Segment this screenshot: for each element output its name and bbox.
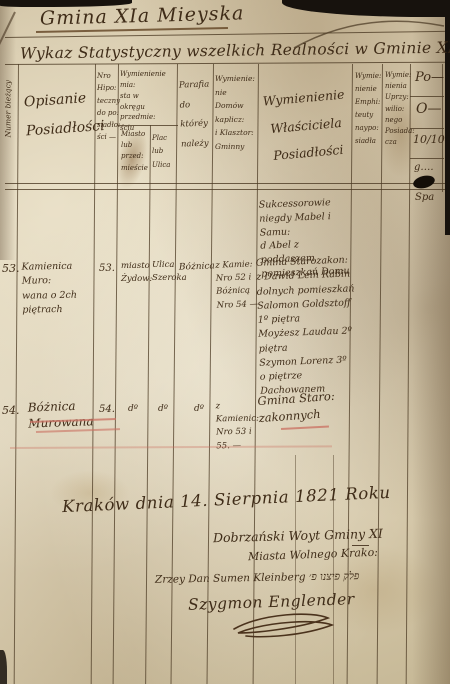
row-number: 54. <box>2 404 20 418</box>
edge-cell-rule <box>410 128 444 129</box>
header-edge-fragment: Spa <box>415 192 434 205</box>
header-number-col: Numer bieżący <box>3 74 12 144</box>
row-street: dº <box>158 404 168 415</box>
header-bottom-rule-2 <box>5 189 445 190</box>
row-town: dº <box>128 404 138 415</box>
header-domy: Wymienie: nie Domów kaplicz: i Klasztor:… <box>215 72 257 153</box>
header-wlasciciel: Wymienienie Właściciela Posiadłości <box>259 80 354 170</box>
row-adjacent-buildings: z Kamie: Nro 52 i Bóżnicą Nro 54 — <box>215 258 259 312</box>
header-opisanie: Opisanie Posiadłości <box>23 84 97 148</box>
row-hipoteka-number: 54. <box>99 404 115 417</box>
row-description: Kamienica Muro: wana o 2ch piętrach <box>22 259 99 317</box>
signature-flourish <box>228 609 338 639</box>
header-parafia: Parafia do któréy należy <box>179 75 214 154</box>
row-hipoteka-number: 53. <box>99 263 115 276</box>
edge-cell-rule <box>410 96 444 97</box>
header-edge-fragment: O— <box>416 101 441 119</box>
edge-cell-rule <box>410 158 444 159</box>
header-uprawniony: Wymie: nienia Uprzy: wilio: nego Posiada… <box>385 70 409 148</box>
header-edge-fragment: 10/10 <box>413 133 445 147</box>
header-nro: Nro Hipo: teczny do po: siadło: ści — <box>97 70 119 144</box>
header-plac-sub: Plac lub Ulica <box>152 132 177 172</box>
header-emphiteuta: Wymie: nienie Emphi: teuty naypo: siadła <box>355 70 381 148</box>
row-town: miasto Żydow: <box>121 260 149 286</box>
header-miasto-group: Wymienienie mia: sta w okręgu przedmie: … <box>120 69 177 134</box>
header-bottom-rule <box>5 183 445 184</box>
row-parish: Bóżnica <box>179 261 215 273</box>
header-miasto-sub: Miasto lub przed: mieście <box>121 129 149 174</box>
row-parish: dº <box>194 404 204 415</box>
owner-note-paragraph-2: Gmina Starozakon: z Dawid Lein Rabin dol… <box>256 253 361 399</box>
header-edge-fragment: Po— <box>415 70 444 86</box>
row-street: Ulica Szeroka <box>152 259 177 285</box>
header-edge-fragment: g…. <box>414 162 434 175</box>
row-number: 53. <box>2 262 20 276</box>
owner-note-row2: Gmina Staro: zakonnych <box>257 387 349 427</box>
scanned-document-page: Gmina XIa Mieyska Wykaz Statystyczny wsz… <box>0 0 450 684</box>
